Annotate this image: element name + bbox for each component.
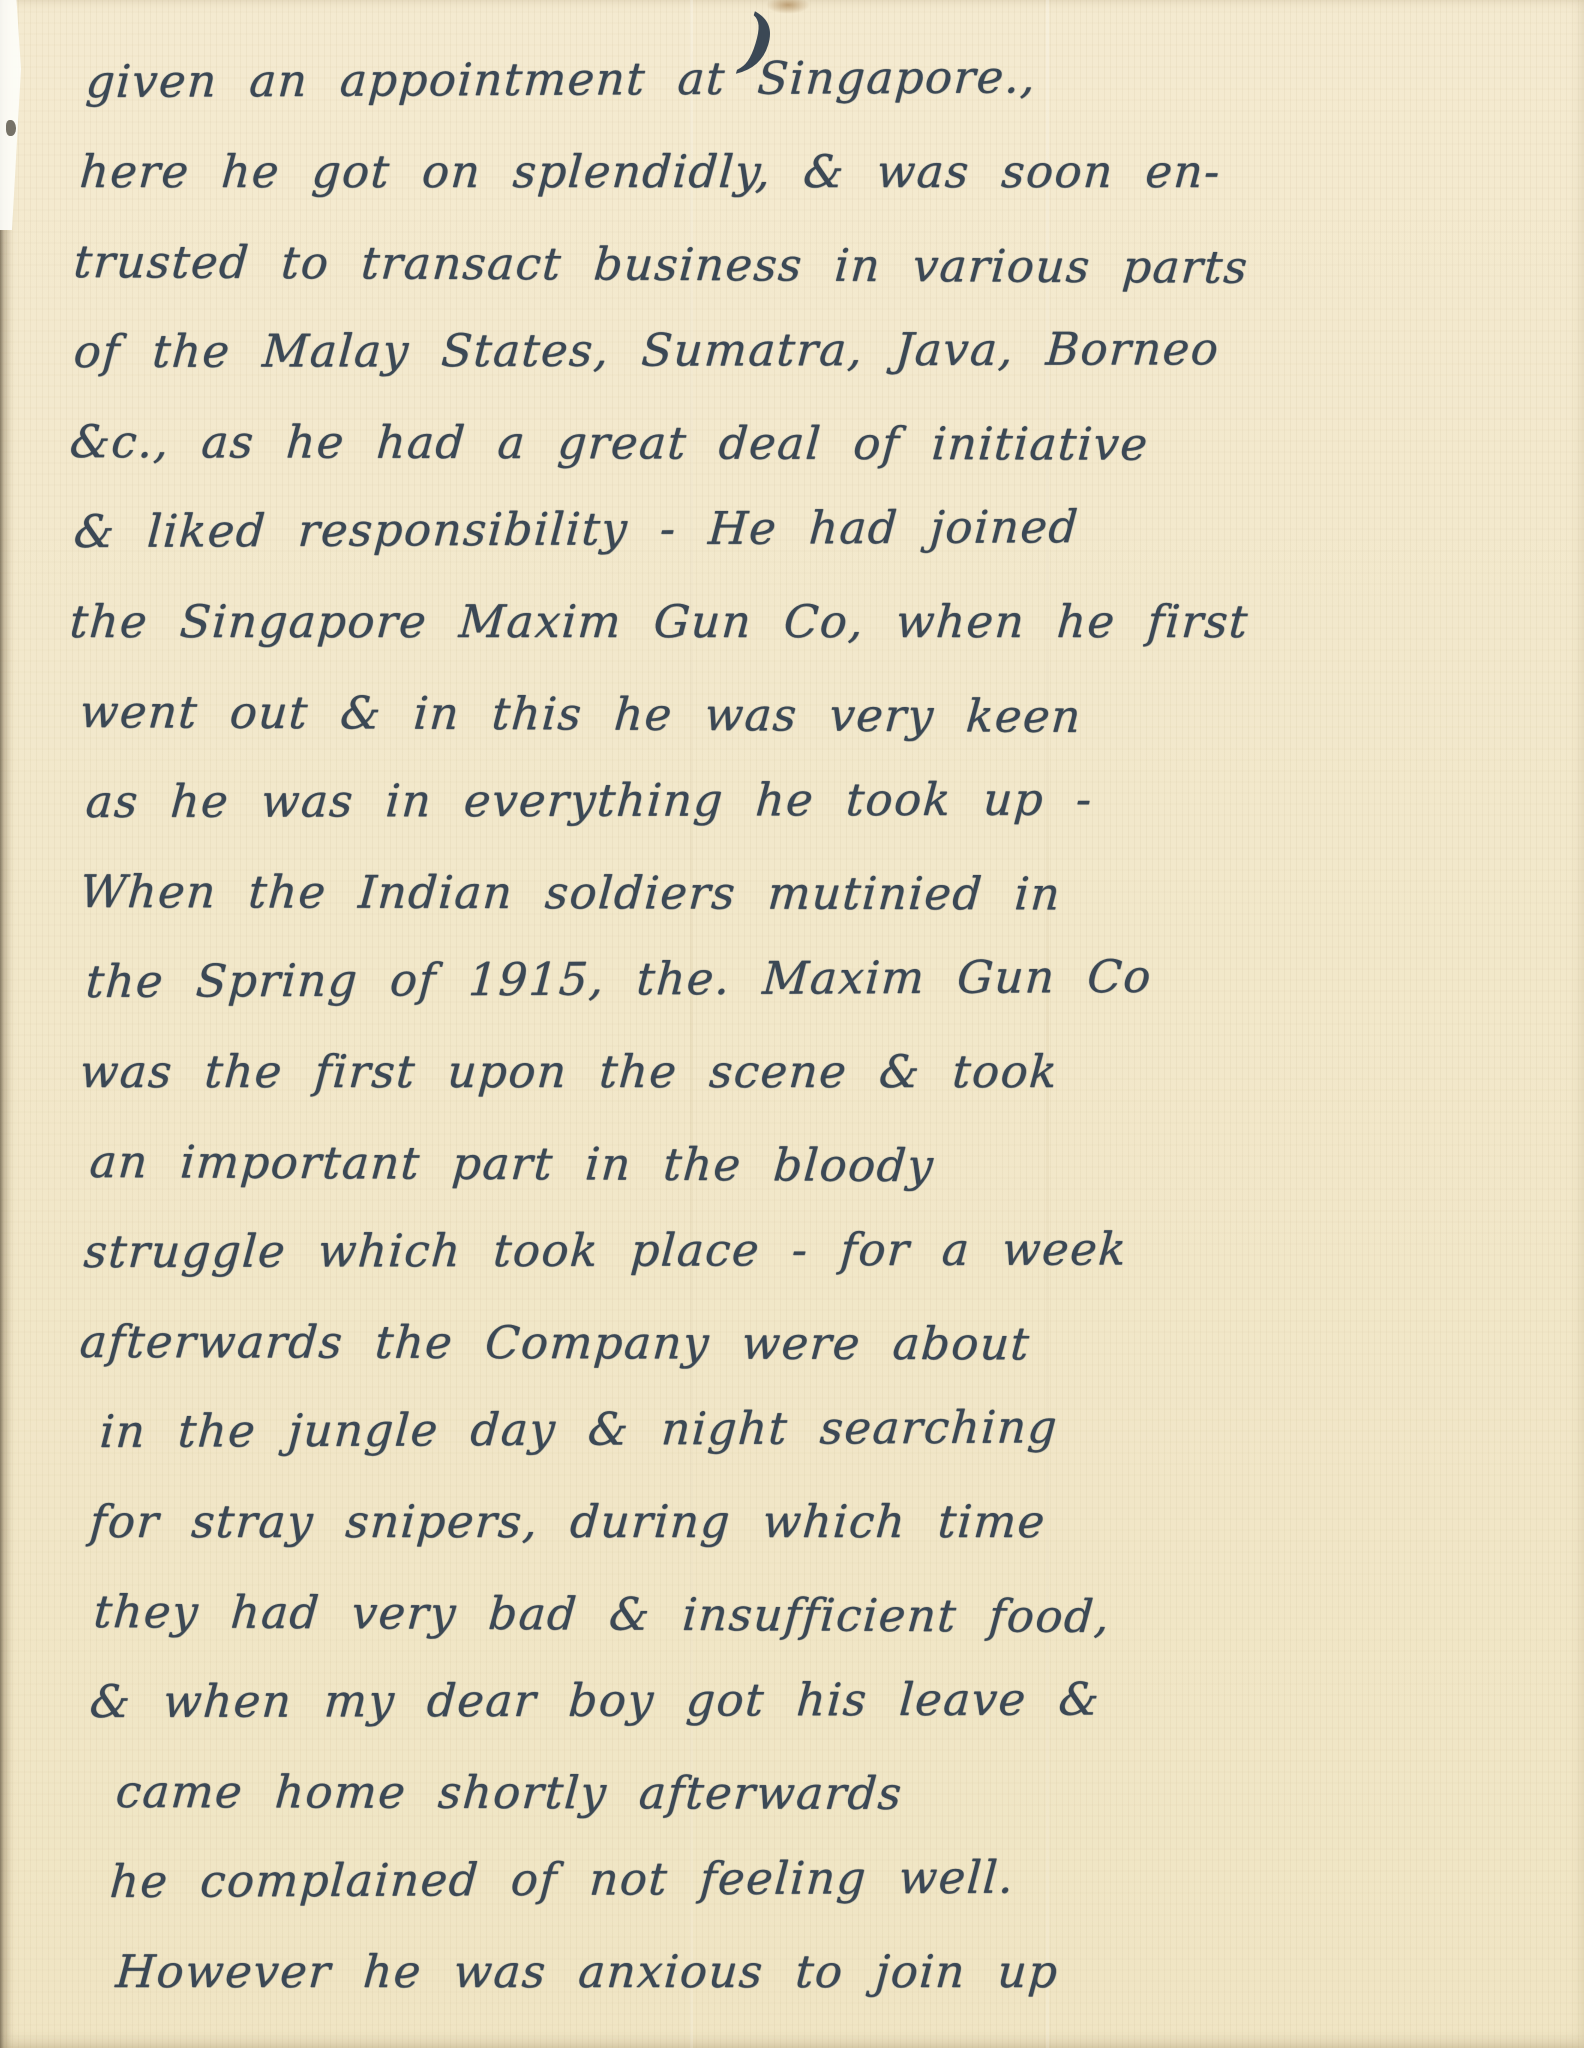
letter-body: given an appointment at Singapore.,here … (72, 36, 1532, 2016)
handwritten-line: struggle which took place - for a week (81, 1202, 1535, 1296)
handwritten-line: given an appointment at Singapore., (83, 29, 1535, 126)
handwritten-line: in the jungle day & night searching (97, 1379, 1535, 1476)
handwritten-line: he complained of not feeling well. (107, 1829, 1535, 1926)
handwritten-line: an important part in the bloody (87, 1116, 1536, 1213)
handwritten-line: the Spring of 1915, the. Maxim Gun Co (83, 929, 1535, 1026)
scan-edge-shadow (0, 0, 12, 2048)
handwritten-line: & liked responsibility - He had joined (71, 479, 1535, 576)
handwritten-line: was the first upon the scene & took (77, 1026, 1535, 1116)
handwritten-line: afterwards the Company were about (77, 1296, 1536, 1390)
handwritten-line: & when my dear boy got his leave & (87, 1652, 1535, 1746)
handwritten-line: for stray snipers, during which time (87, 1476, 1535, 1566)
handwritten-line: went out & in this he was very keen (77, 666, 1536, 763)
handwritten-line: trusted to transact business in various … (71, 216, 1536, 313)
handwritten-line: When the Indian soldiers mutinied in (77, 846, 1536, 940)
handwritten-line: here he got on splendidly, & was soon en… (77, 126, 1535, 216)
handwritten-line: as he was in everything he took up - (83, 752, 1535, 846)
letter-page: ) given an appointment at Singapore.,her… (0, 0, 1584, 2048)
handwritten-line: However he was anxious to join up (113, 1926, 1535, 2016)
handwritten-line: of the Malay States, Sumatra, Java, Born… (71, 302, 1535, 396)
paper-corner-sliver (0, 0, 30, 230)
handwritten-line: came home shortly afterwards (113, 1746, 1536, 1839)
handwritten-line: the Singapore Maxim Gun Co, when he firs… (67, 576, 1535, 666)
handwritten-line: they had very bad & insufficient food, (91, 1566, 1536, 1663)
handwritten-line: &c., as he had a great deal of initiativ… (67, 396, 1536, 490)
edge-speck (6, 120, 16, 136)
